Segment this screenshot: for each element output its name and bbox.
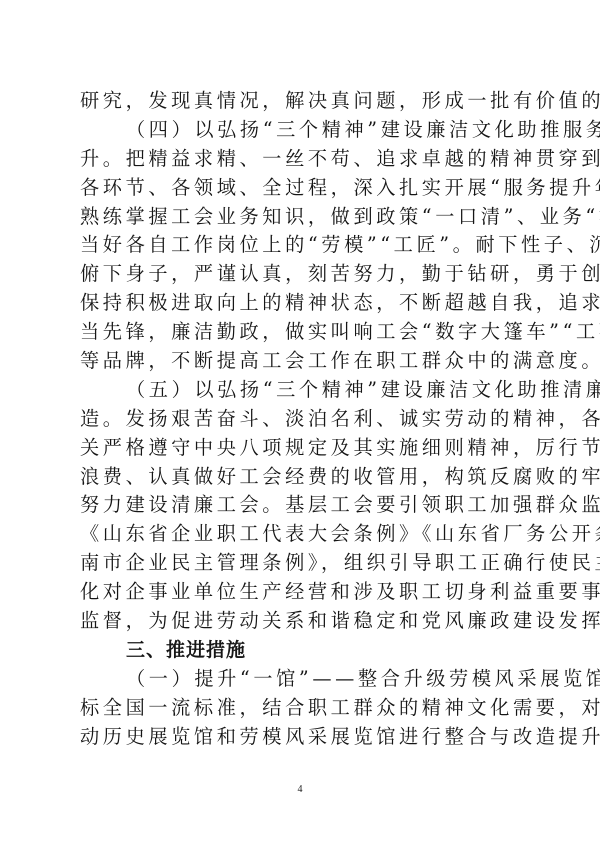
- text-line: 监督，为促进劳动关系和谐稳定和党风廉政建设发挥积极作用。: [80, 607, 522, 636]
- text-line: 熟练掌握工会业务知识，做到政策“一口清”、业务“活字典”，: [80, 203, 522, 232]
- text-line: 当先锋，廉洁勤政，做实叫响工会“数字大篷车”“工事共办”: [80, 318, 522, 347]
- text-line: 标全国一流标准，结合职工群众的精神文化需要，对济南工人运: [80, 694, 522, 723]
- text-line: 《山东省企业职工代表大会条例》《山东省厂务公开条例》《济: [80, 520, 522, 549]
- text-line: 俯下身子，严谨认真，刻苦努力，勤于钻研，勇于创新，始终: [80, 260, 522, 289]
- text-line: 研究，发现真情况，解决真问题，形成一批有价值的调研成果。: [80, 87, 522, 116]
- text-line: 努力建设清廉工会。基层工会要引领职工加强群众监督，落实: [80, 491, 522, 520]
- document-page: 研究，发现真情况，解决真问题，形成一批有价值的调研成果。 （四）以弘扬“三个精神…: [0, 0, 600, 848]
- text-line: 造。发扬艰苦奋斗、淡泊名利、诚实劳动的精神，各级工会机: [80, 405, 522, 434]
- measure-1-title-line: （一）提升“一馆”——整合升级劳模风采展览馆。对: [80, 665, 522, 694]
- text-line: 化对企事业单位生产经营和涉及职工切身利益重要事项的民主: [80, 578, 522, 607]
- text-line: 升。把精益求精、一丝不苟、追求卓越的精神贯穿到工会工作: [80, 145, 522, 174]
- body-text: 研究，发现真情况，解决真问题，形成一批有价值的调研成果。 （四）以弘扬“三个精神…: [80, 87, 522, 751]
- text-line: 南市企业民主管理条例》，组织引导职工正确行使民主权利，强: [80, 549, 522, 578]
- text-line: 等品牌，不断提高工会工作在职工群众中的满意度。: [80, 347, 522, 376]
- text-line: 浪费、认真做好工会经费的收管用，构筑反腐败的牢固防线，: [80, 463, 522, 492]
- section-3-heading: 三、推进措施: [80, 636, 522, 665]
- text-line: 关严格遵守中央八项规定及其实施细则精神，厉行节约、反对: [80, 434, 522, 463]
- text-line: 动历史展览馆和劳模风采展览馆进行整合与改造提升，进一步丰: [80, 723, 522, 752]
- page-number: 4: [0, 784, 600, 795]
- subsection-4-title-line: （四）以弘扬“三个精神”建设廉洁文化助推服务质量提: [80, 116, 522, 145]
- text-line: 保持积极进取向上的精神状态，不断超越自我，追求极致，勇: [80, 289, 522, 318]
- text-line: 各环节、各领域、全过程，深入扎实开展“服务提升年”活动，: [80, 174, 522, 203]
- text-line: 当好各自工作岗位上的“劳模”“工匠”。耐下性子、沉下心思，: [80, 231, 522, 260]
- subsection-5-title-line: （五）以弘扬“三个精神”建设廉洁文化助推清廉工会打: [80, 376, 522, 405]
